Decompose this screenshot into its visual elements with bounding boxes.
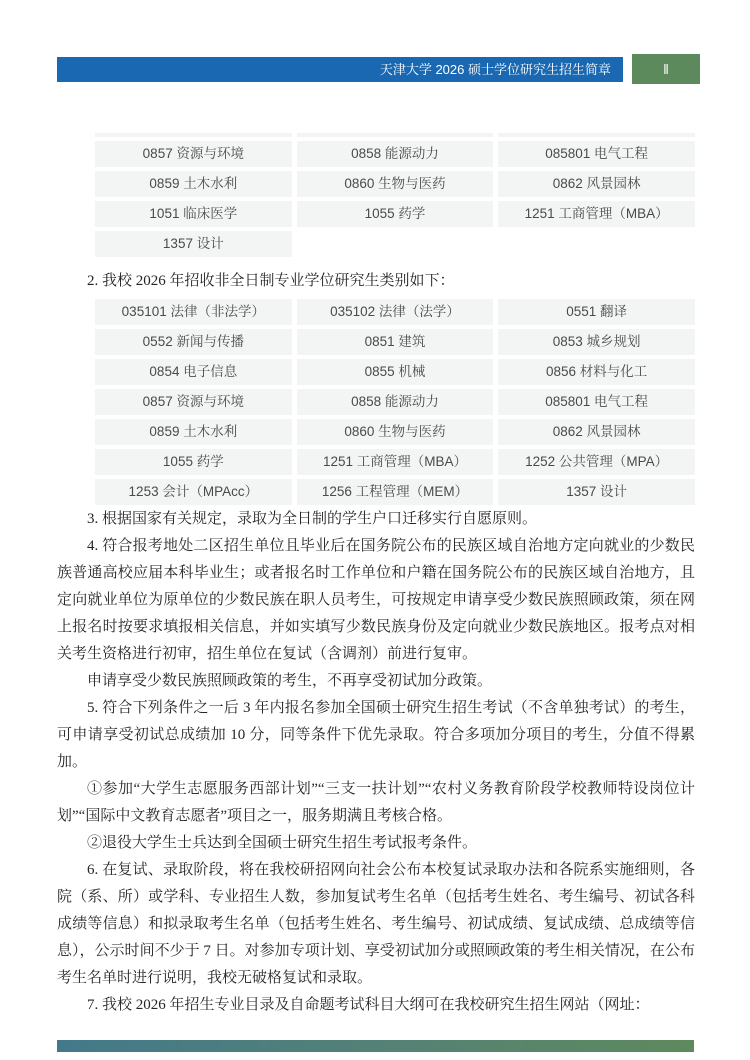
table-cell: 0855 机械 xyxy=(297,359,494,385)
parttime-category-table: 035101 法律（非法学） 035102 法律（法学） 0551 翻译 055… xyxy=(95,299,695,505)
table-cell: 1253 会计（MPAcc） xyxy=(95,479,292,505)
page-marker: ‖ xyxy=(663,61,669,77)
table-cell: 035102 法律（法学） xyxy=(297,299,494,325)
table-cell: 0859 土木水利 xyxy=(95,171,292,197)
table-cell: 085801 电气工程 xyxy=(498,141,695,167)
table-cell: 035101 法律（非法学） xyxy=(95,299,292,325)
table-cell-empty xyxy=(498,231,695,257)
footer-decoration-bar xyxy=(57,1040,694,1052)
table-cell: 0862 风景园林 xyxy=(498,419,695,445)
table-cell: 0857 资源与环境 xyxy=(95,389,292,415)
table-cell: 0857 资源与环境 xyxy=(95,141,292,167)
table-cell: 0858 能源动力 xyxy=(297,141,494,167)
table-cell: 0851 建筑 xyxy=(297,329,494,355)
table-cell: 0862 风景园林 xyxy=(498,171,695,197)
table-cell: 1252 公共管理（MPA） xyxy=(498,449,695,475)
table-cell: 1251 工商管理（MBA） xyxy=(498,201,695,227)
header-title: 天津大学 2026 硕士学位研究生招生简章 xyxy=(380,62,611,77)
table-cell: 1051 临床医学 xyxy=(95,201,292,227)
paragraph-5-item-2: ②退役大学生士兵达到全国硕士研究生招生考试报考条件。 xyxy=(57,830,695,857)
table-cell: 0551 翻译 xyxy=(498,299,695,325)
table-cell: 1055 药学 xyxy=(297,201,494,227)
table-cell: 0860 生物与医药 xyxy=(297,419,494,445)
table-cutoff-row xyxy=(95,133,695,137)
table-cell: 0854 电子信息 xyxy=(95,359,292,385)
table-cell: 1357 设计 xyxy=(498,479,695,505)
header-bar: 天津大学 2026 硕士学位研究生招生简章 xyxy=(57,57,623,82)
document-page: 天津大学 2026 硕士学位研究生招生简章 ‖ 0857 资源与环境 0858 … xyxy=(0,0,750,1060)
table-cell-empty xyxy=(297,231,494,257)
parttime-intro-line: 2. 我校 2026 年招收非全日制专业学位研究生类别如下： xyxy=(57,268,695,295)
paragraph-3: 3. 根据国家有关规定，录取为全日制的学生户口迁移实行自愿原则。 xyxy=(57,506,695,533)
table-cell: 0859 土木水利 xyxy=(95,419,292,445)
table-cell: 1251 工商管理（MBA） xyxy=(297,449,494,475)
table-cell: 1256 工程管理（MEM） xyxy=(297,479,494,505)
page-marker-box: ‖ xyxy=(632,54,700,84)
fulltime-category-table: 0857 资源与环境 0858 能源动力 085801 电气工程 0859 土木… xyxy=(95,141,695,257)
table-cell: 0860 生物与医药 xyxy=(297,171,494,197)
paragraph-4-note: 申请享受少数民族照顾政策的考生，不再享受初试加分政策。 xyxy=(57,668,695,695)
body-text: 3. 根据国家有关规定，录取为全日制的学生户口迁移实行自愿原则。 4. 符合报考… xyxy=(57,506,695,1019)
paragraph-4: 4. 符合报考地处二区招生单位且毕业后在国务院公布的民族区域自治地方定向就业的少… xyxy=(57,533,695,668)
paragraph-5: 5. 符合下列条件之一后 3 年内报名参加全国硕士研究生招生考试（不含单独考试）… xyxy=(57,695,695,776)
table-cell: 085801 电气工程 xyxy=(498,389,695,415)
table-cell: 0856 材料与化工 xyxy=(498,359,695,385)
paragraph-5-item-1: ①参加“大学生志愿服务西部计划”“三支一扶计划”“农村义务教育阶段学校教师特设岗… xyxy=(57,776,695,830)
table-cell: 1055 药学 xyxy=(95,449,292,475)
table-cell: 0552 新闻与传播 xyxy=(95,329,292,355)
table-cell: 0853 城乡规划 xyxy=(498,329,695,355)
table-cell: 0858 能源动力 xyxy=(297,389,494,415)
table-cell: 1357 设计 xyxy=(95,231,292,257)
paragraph-7: 7. 我校 2026 年招生专业目录及自命题考试科目大纲可在我校研究生招生网站（… xyxy=(57,992,695,1019)
paragraph-6: 6. 在复试、录取阶段，将在我校研招网向社会公布本校复试录取办法和各院系实施细则… xyxy=(57,857,695,992)
